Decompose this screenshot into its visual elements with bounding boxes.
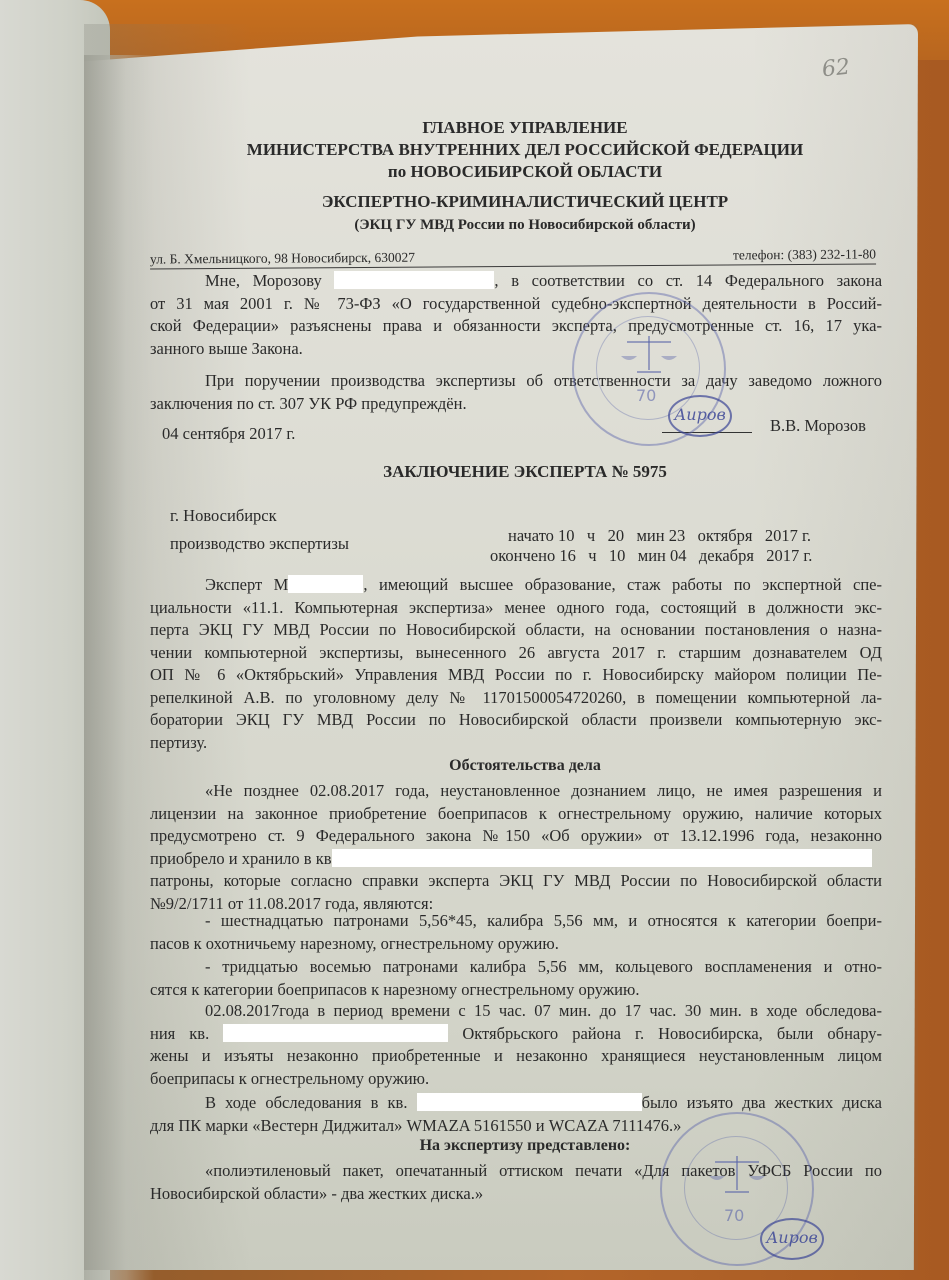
phone: телефон: (383) 232-11-80 xyxy=(733,246,876,263)
signature: Аиров xyxy=(668,395,732,437)
rights-paragraph: Мне, Морозову , в соответствии со ст. 14… xyxy=(150,270,882,360)
redacted-name xyxy=(334,271,494,289)
document-title: ЗАКЛЮЧЕНИЕ ЭКСПЕРТА № 5975 xyxy=(150,462,900,482)
stamp-number: 70 xyxy=(636,386,656,405)
redacted-name xyxy=(288,575,363,593)
redacted-address xyxy=(332,849,872,867)
production-started: начато 10 ч 20 мин 23 октября 2017 г. xyxy=(508,526,811,546)
handwritten-page-number: 62 xyxy=(821,55,851,83)
stamp-number: 70 xyxy=(724,1206,744,1225)
cartridges-list: - шестнадцатью патронами 5,56*45, калибр… xyxy=(150,910,882,955)
scales-icon xyxy=(707,1154,767,1194)
redacted-address xyxy=(417,1093,642,1111)
page-gutter-shadow xyxy=(84,55,154,1280)
scales-icon xyxy=(619,334,679,374)
header-line-4: ЭКСПЕРТНО-КРИМИНАЛИСТИЧЕСКИЙ ЦЕНТР xyxy=(150,192,900,212)
production-label: производство экспертизы xyxy=(170,534,349,554)
address: ул. Б. Хмельницкого, 98 Новосибирск, 630… xyxy=(150,250,415,268)
signature: Аиров xyxy=(760,1218,824,1260)
production-finished: окончено 16 ч 10 мин 04 декабря 2017 г. xyxy=(490,546,812,566)
oath-date: 04 сентября 2017 г. xyxy=(162,424,295,444)
header-line-2: МИНИСТЕРСТВА ВНУТРЕННИХ ДЕЛ РОССИЙСКОЙ Ф… xyxy=(150,140,900,160)
city: г. Новосибирск xyxy=(170,506,277,526)
redacted-address xyxy=(223,1024,448,1042)
signer-name: В.В. Морозов xyxy=(770,416,866,436)
header-line-1: ГЛАВНОЕ УПРАВЛЕНИЕ xyxy=(150,118,900,138)
circumstances-paragraph: «Не позднее 02.08.2017 года, неустановле… xyxy=(150,780,882,915)
liability-paragraph: При поручении производства экспертизы об… xyxy=(150,370,882,415)
header-line-5: (ЭКЦ ГУ МВД России по Новосибирской обла… xyxy=(150,215,900,235)
seizure-paragraph: 02.08.2017года в период времени с 15 час… xyxy=(150,1000,882,1090)
expert-paragraph: Эксперт М, имеющий высшее образование, с… xyxy=(150,574,882,754)
header-line-3: по НОВОСИБИРСКОЙ ОБЛАСТИ xyxy=(150,162,900,182)
circumstances-heading: Обстоятельства дела xyxy=(150,756,900,776)
